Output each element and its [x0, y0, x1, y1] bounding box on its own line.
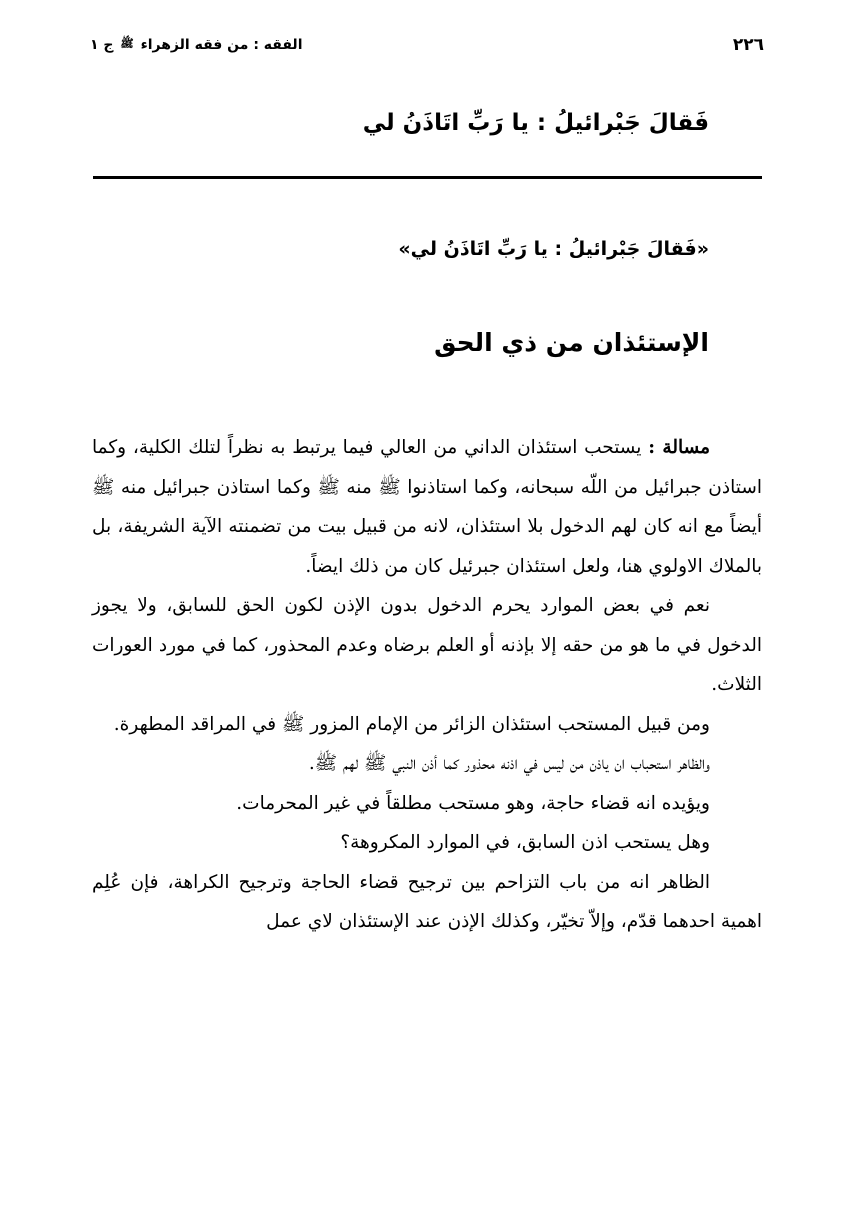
paragraph: والظاهر استحباب ان ياذن من ليس في اذنه م…: [92, 744, 762, 784]
salutation-icon: ﷺ: [120, 37, 133, 53]
section-heading: الإستئذان من ذي الحق: [434, 328, 709, 357]
running-header: ٢٢٦ الفقه : من فقه الزهراء ﷺ ج ١: [90, 30, 764, 60]
top-quote: فَقالَ جَبْرائيلُ : يا رَبِّ اتَاذَنُ لي: [363, 110, 709, 136]
paragraph: ويؤيده انه قضاء حاجة، وهو مستحب مطلقاً ف…: [92, 784, 762, 824]
paragraph-text: وهل يستحب اذن السابق، في الموارد المكروه…: [340, 832, 710, 853]
page-number: ٢٢٦: [733, 35, 764, 55]
book-page: ٢٢٦ الفقه : من فقه الزهراء ﷺ ج ١ فَقالَ …: [0, 0, 859, 1211]
section-quote: «فَقالَ جَبْرائيلُ : يا رَبِّ اتَاذَنُ ل…: [398, 238, 709, 260]
paragraph: مسالة : يستحب استئذان الداني من العالي ف…: [92, 428, 762, 586]
book-title: الفقه : من فقه الزهراء: [141, 37, 303, 53]
volume-label: ج ١: [90, 37, 114, 53]
paragraph-text: ويؤيده انه قضاء حاجة، وهو مستحب مطلقاً ف…: [236, 793, 710, 814]
paragraph: ومن قبيل المستحب استئذان الزائر من الإما…: [92, 705, 762, 745]
paragraph-text: الظاهر انه من باب التزاحم بين ترجيح قضاء…: [92, 872, 762, 933]
separator-line: [93, 176, 762, 179]
paragraph: نعم في بعض الموارد يحرم الدخول بدون الإذ…: [92, 586, 762, 705]
body-text: مسالة : يستحب استئذان الداني من العالي ف…: [92, 428, 762, 942]
issue-label: مسالة :: [648, 437, 710, 458]
book-title-header: الفقه : من فقه الزهراء ﷺ ج ١: [90, 37, 303, 53]
paragraph-text: ومن قبيل المستحب استئذان الزائر من الإما…: [114, 714, 710, 735]
paragraph-text: والظاهر استحباب ان ياذن من ليس في اذنه م…: [309, 753, 710, 774]
paragraph: وهل يستحب اذن السابق، في الموارد المكروه…: [92, 823, 762, 863]
paragraph-text: نعم في بعض الموارد يحرم الدخول بدون الإذ…: [92, 595, 762, 695]
paragraph: الظاهر انه من باب التزاحم بين ترجيح قضاء…: [92, 863, 762, 942]
